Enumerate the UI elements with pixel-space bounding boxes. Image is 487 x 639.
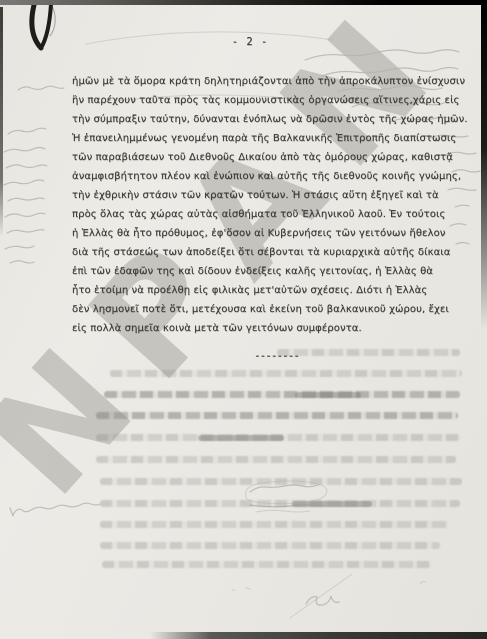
typed-text-line: τῶν παραβιάσεων τοῦ Διεθνοῦς Δικαίου ἀπὸ… — [72, 148, 468, 167]
typed-text-line: εἰς πολλὰ σημεῖα κοινὰ μετὰ τῶν γειτόνων… — [72, 319, 468, 338]
bottom-dot — [246, 588, 250, 589]
left-margin-scribble — [4, 180, 44, 185]
circled-note-underline — [250, 505, 324, 507]
typed-text-line: ἡ Ἑλλὰς θὰ ἦτο πρόθυμος, ἐφ'ὅσον αἱ Κυβε… — [72, 224, 468, 243]
scan-edge-left — [0, 7, 3, 237]
typed-text-line: ἣν παρέχουν ταῦτα πρὸς τὰς κομμουνιστικὰ… — [72, 91, 468, 110]
scan-edge-top — [0, 0, 487, 5]
typed-text-line: διὰ τῆς στάσεώς των ἀποδείξει ὅτι σέβοντ… — [72, 243, 468, 262]
pencil-note-left-top — [18, 86, 64, 90]
pencil-note-mid-left — [10, 508, 13, 516]
left-margin-scribble — [8, 128, 46, 134]
scan-edge-right — [481, 0, 487, 330]
left-margin-scribble — [10, 261, 34, 263]
circled-note-scribble — [250, 485, 318, 492]
bottom-diagonal-stroke — [290, 574, 352, 618]
scanned-document-page: ΝΡΑΝ — [0, 0, 487, 639]
circled-note-outline — [246, 481, 327, 504]
left-margin-scribble — [8, 198, 44, 201]
pencil-note-mid-left — [13, 503, 100, 515]
typed-text-block: ἡμῶν μὲ τὰ ὅμορα κράτη δηλητηριάζονται ἀ… — [72, 72, 468, 338]
typed-text-line: ἐπὶ τῶν ἐδαφῶν της καὶ δίδουν ἐνδείξεις … — [72, 262, 468, 281]
typed-text-line: τὴν σύμπραξιν ταύτην, δύνανται ἐνόπλως ν… — [72, 110, 468, 129]
left-margin-scribble — [4, 148, 45, 153]
typed-text-line: τὴν ἐχθρικὴν στάσιν τῶν κρατῶν τούτων. Ἡ… — [72, 186, 468, 205]
typed-text-line: πρὸς ὅλας τὰς χώρας αὐτὰς αἰσθήματα τοῦ … — [72, 205, 468, 224]
typed-text-line: Ἡ ἐπανειλημμένως γενομένη παρὰ τῆς Βαλκα… — [72, 129, 468, 148]
page-number: - 2 - — [226, 36, 274, 48]
typed-text-line: ἦτο ἑτοίμη νὰ προέλθῃ εἰς φιλικὰς μετ'αὐ… — [72, 281, 468, 300]
left-margin-scribble — [6, 165, 47, 168]
scan-edge-bottom — [150, 632, 487, 639]
typed-text-line: ἡμῶν μὲ τὰ ὅμορα κράτη δηλητηριάζονται ἀ… — [72, 72, 468, 91]
pencil-arc-top — [86, 32, 334, 44]
left-margin-scribble — [5, 246, 34, 249]
left-margin-scribble — [5, 213, 45, 217]
typed-text-line: ἀναμφισβήτητον πλέον καὶ ἐνώπιον καὶ αὐτ… — [72, 167, 468, 186]
end-separator: -------- — [254, 349, 299, 362]
bottom-tick — [420, 581, 426, 584]
top-right-scribble — [305, 50, 459, 60]
circled-note-row2 — [256, 510, 310, 512]
typed-text-line: δὲν λησμονεῖ ποτὲ ὅτι, μετέχουσα καὶ ἐκε… — [72, 300, 468, 319]
staple-mark — [24, 2, 64, 58]
left-margin-scribble — [7, 230, 44, 233]
